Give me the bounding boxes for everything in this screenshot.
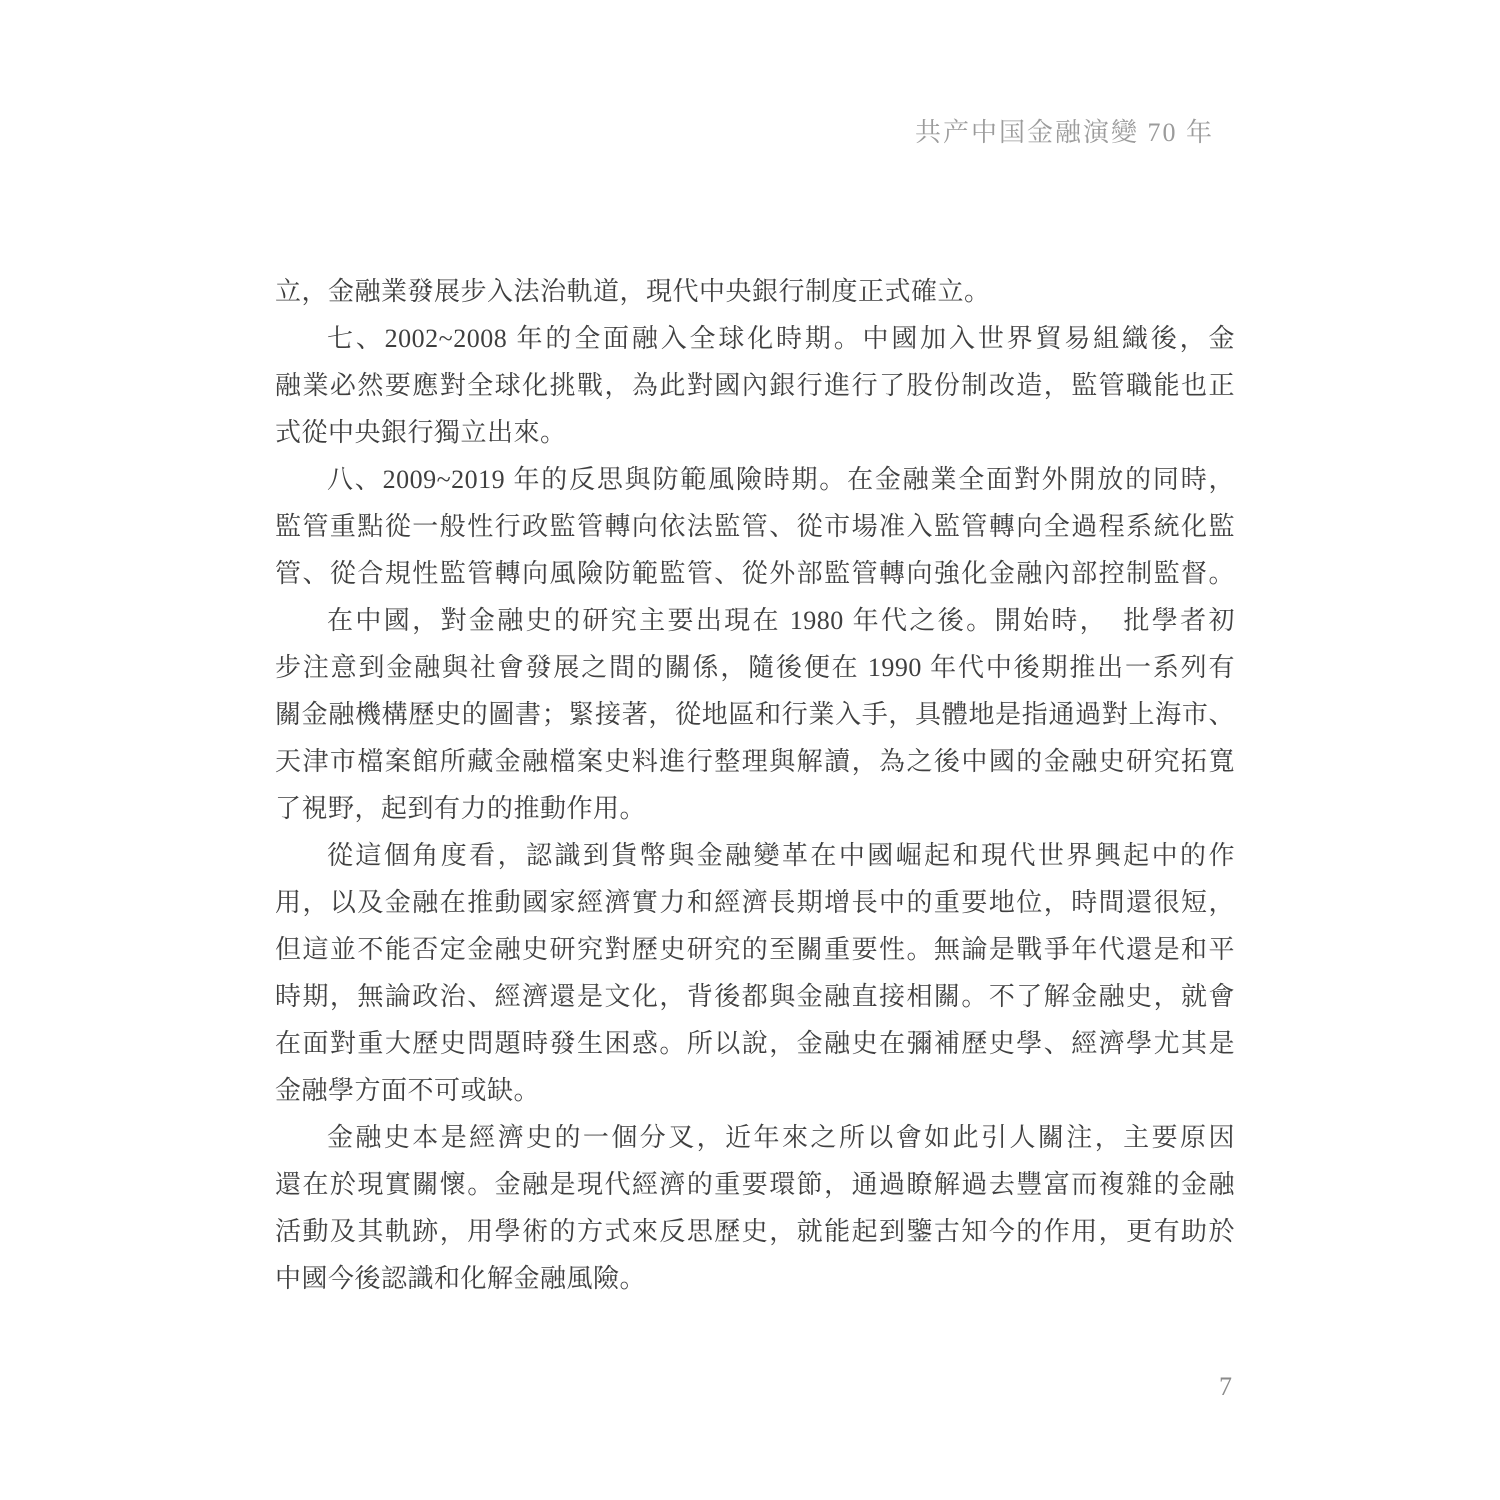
text-line: 七、2002~2008 年的全面融入全球化時期。中國加入世界貿易組織後，金 (275, 315, 1235, 362)
text-line: 立，金融業發展步入法治軌道，現代中央銀行制度正式確立。 (275, 268, 1235, 315)
text-line: 時期，無論政治、經濟還是文化，背後都與金融直接相關。不了解金融史，就會 (275, 973, 1235, 1020)
page-number: 7 (1219, 1372, 1232, 1402)
text-line: 在中國，對金融史的研究主要出現在 1980 年代之後。開始時， 批學者初 (275, 597, 1235, 644)
text-line: 還在於現實關懷。金融是現代經濟的重要環節，通過瞭解過去豐富而複雜的金融 (275, 1161, 1235, 1208)
text-line: 但這並不能否定金融史研究對歷史研究的至關重要性。無論是戰爭年代還是和平 (275, 926, 1235, 973)
text-line: 融業必然要應對全球化挑戰，為此對國內銀行進行了股份制改造，監管職能也正 (275, 362, 1235, 409)
text-line: 天津市檔案館所藏金融檔案史料進行整理與解讀，為之後中國的金融史研究拓寬 (275, 738, 1235, 785)
text-line: 八、2009~2019 年的反思與防範風險時期。在金融業全面對外開放的同時， (275, 456, 1235, 503)
text-line: 關金融機構歷史的圖書；緊接著，從地區和行業入手，具體地是指通過對上海市、 (275, 691, 1235, 738)
text-line: 步注意到金融與社會發展之間的關係，隨後便在 1990 年代中後期推出一系列有 (275, 644, 1235, 691)
book-page: 共产中国金融演變 70 年 立，金融業發展步入法治軌道，現代中央銀行制度正式確立… (0, 0, 1500, 1500)
text-line: 用，以及金融在推動國家經濟實力和經濟長期增長中的重要地位，時間還很短， (275, 879, 1235, 926)
text-line: 了視野，起到有力的推動作用。 (275, 785, 1235, 832)
text-line: 金融史本是經濟史的一個分叉，近年來之所以會如此引人關注，主要原因 (275, 1114, 1235, 1161)
text-line: 活動及其軌跡，用學術的方式來反思歷史，就能起到鑒古知今的作用，更有助於 (275, 1208, 1235, 1255)
text-line: 金融學方面不可或缺。 (275, 1067, 1235, 1114)
body-text: 立，金融業發展步入法治軌道，現代中央銀行制度正式確立。 七、2002~2008 … (275, 268, 1235, 1302)
text-line: 管、從合規性監管轉向風險防範監管、從外部監管轉向強化金融內部控制監督。 (275, 550, 1235, 597)
text-line: 在面對重大歷史問題時發生困惑。所以說，金融史在彌補歷史學、經濟學尤其是 (275, 1020, 1235, 1067)
text-line: 中國今後認識和化解金融風險。 (275, 1255, 1235, 1302)
running-head: 共产中国金融演變 70 年 (915, 112, 1214, 149)
text-line: 從這個角度看，認識到貨幣與金融變革在中國崛起和現代世界興起中的作 (275, 832, 1235, 879)
text-line: 監管重點從一般性行政監管轉向依法監管、從市場准入監管轉向全過程系統化監 (275, 503, 1235, 550)
text-line: 式從中央銀行獨立出來。 (275, 409, 1235, 456)
